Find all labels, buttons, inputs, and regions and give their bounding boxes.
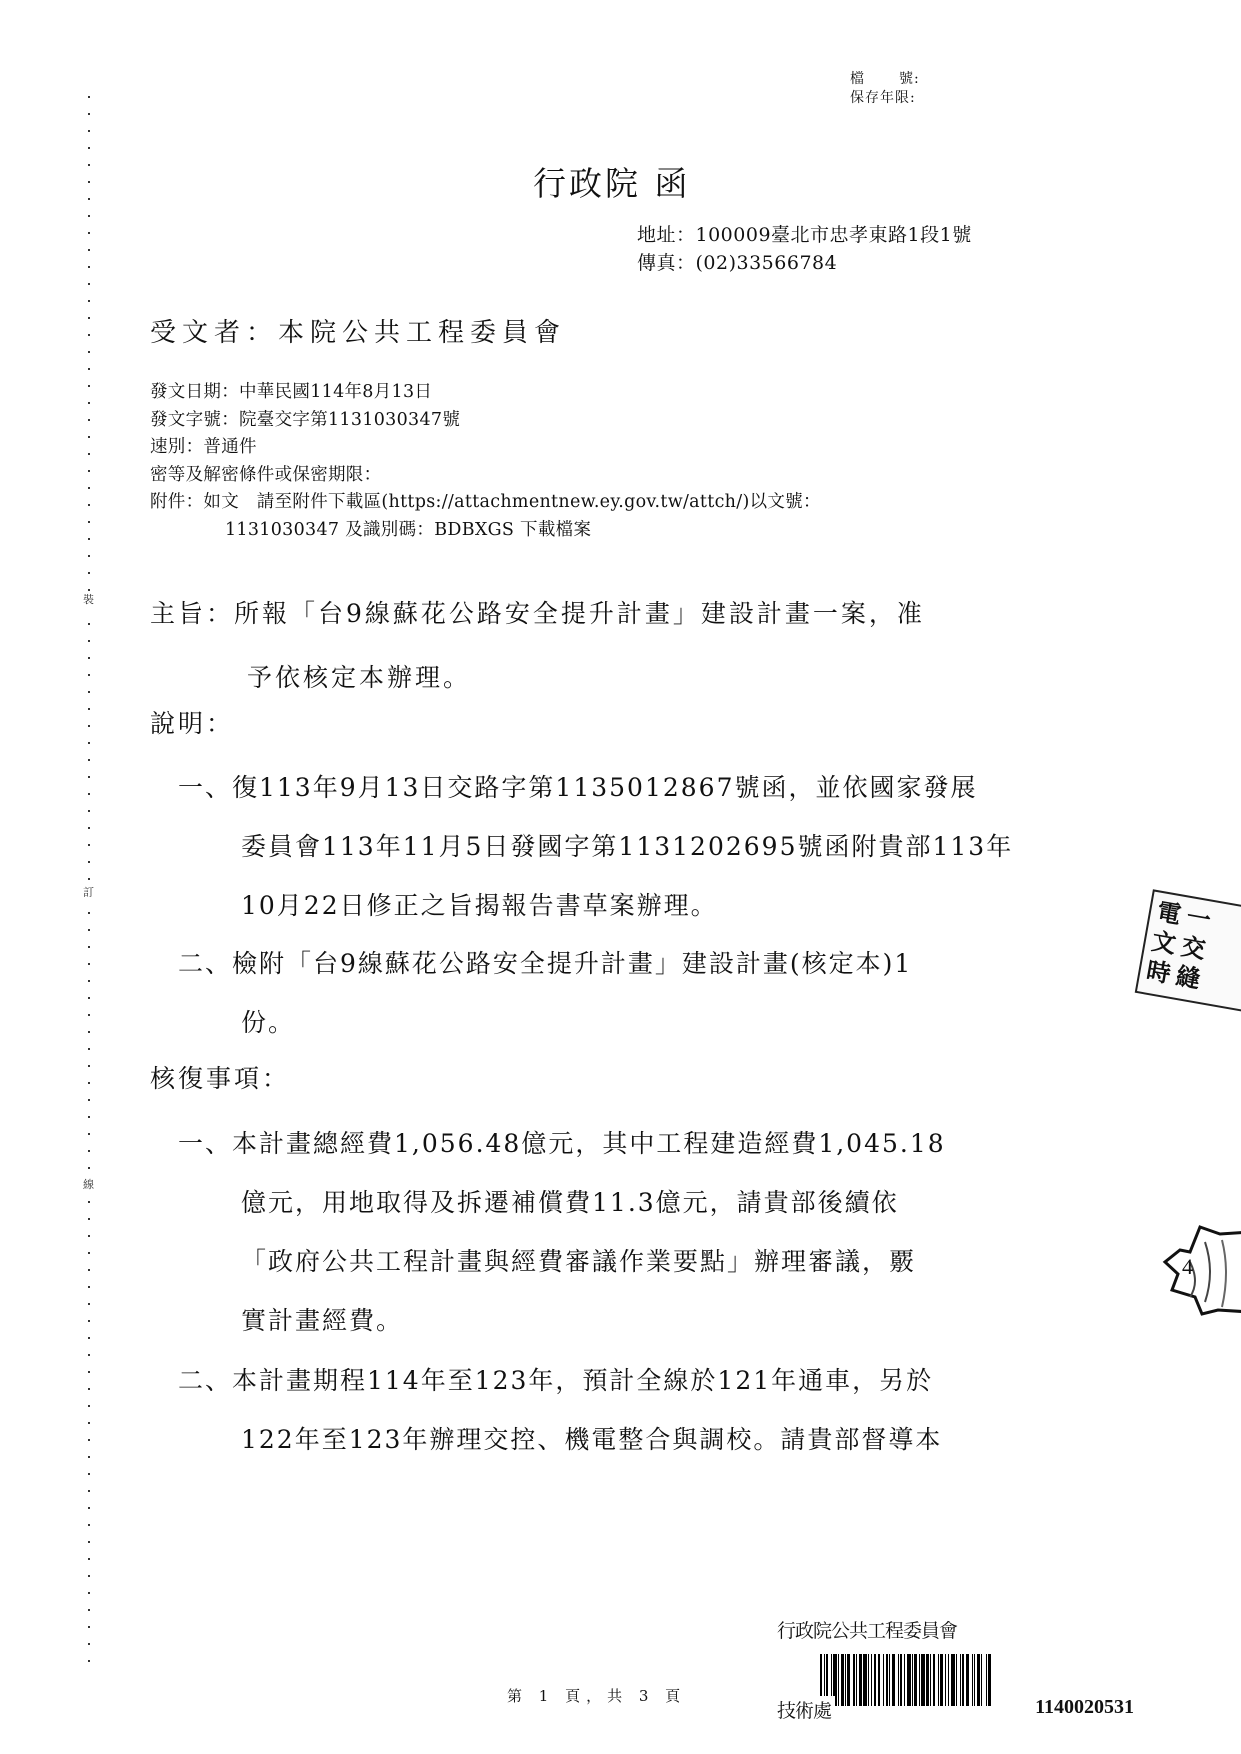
- binding-dot: [88, 436, 90, 438]
- security-level: 密等及解密條件或保密期限：: [150, 462, 821, 490]
- binding-dot: [88, 1099, 90, 1101]
- binding-dot: [88, 555, 90, 557]
- item-line: 「政府公共工程計畫與經費審議作業要點」辦理審議，覈: [178, 1232, 946, 1291]
- binding-dot: [88, 334, 90, 336]
- binding-dot: [88, 1422, 90, 1424]
- binding-dot: [88, 946, 90, 948]
- binding-dot: [88, 1065, 90, 1067]
- item-line: 億元，用地取得及拆遷補償費11.3億元，請貴部後續依: [178, 1173, 946, 1232]
- attachment-code-line: 1131030347 及識別碼：BDBXGS 下載檔案: [150, 517, 821, 545]
- binding-dot: [88, 351, 90, 353]
- approval-item-2: 二、本計畫期程114年至123年，預計全線於121年通車，另於 122年至123…: [178, 1351, 942, 1469]
- binding-dot: [88, 1218, 90, 1220]
- binding-dot: [88, 538, 90, 540]
- binding-dot: [88, 1269, 90, 1271]
- binding-dot: [88, 164, 90, 166]
- subject: 主旨：所報「台9線蘇花公路安全提升計畫」建設計畫一案，准 予依核定本辦理。: [150, 594, 925, 694]
- binding-dot: [88, 96, 90, 98]
- approval-heading: 核復事項：: [150, 1059, 290, 1095]
- binding-dot: [88, 691, 90, 693]
- binding-dot: [88, 1082, 90, 1084]
- speed-category: 速別：普通件: [150, 434, 821, 462]
- item-line: 二、本計畫期程114年至123年，預計全線於121年通車，另於: [178, 1366, 933, 1395]
- binding-dot: [88, 419, 90, 421]
- sender-contact: 地址：100009臺北市忠孝東路1段1號 傳真：(02)33566784: [637, 221, 972, 277]
- binding-dot: [88, 1575, 90, 1577]
- binding-dot: [88, 674, 90, 676]
- binding-dot: [88, 181, 90, 183]
- explanation-item-1: 一、復113年9月13日交路字第1135012867號函，並依國家發展 委員會1…: [178, 758, 1013, 935]
- binding-dot: [88, 963, 90, 965]
- binding-dot: [88, 640, 90, 642]
- binding-dot: [88, 147, 90, 149]
- binding-dot: [88, 776, 90, 778]
- binding-line: 裝訂線: [86, 96, 94, 1671]
- document-title: 行政院 函: [533, 158, 691, 205]
- binding-dot: [88, 1286, 90, 1288]
- binding-dot: [88, 317, 90, 319]
- barcode-organization: 行政院公共工程委員會: [777, 1616, 957, 1643]
- binding-dot: [88, 1541, 90, 1543]
- binding-dot: [88, 1371, 90, 1373]
- issue-date: 發文日期：中華民國114年8月13日: [150, 379, 821, 407]
- binding-dot: [88, 470, 90, 472]
- binding-dot: [88, 1252, 90, 1254]
- retention-period-label: 保存年限:: [850, 89, 920, 108]
- subject-line-2: 予依核定本辦理。: [150, 658, 925, 694]
- binding-dot: [88, 589, 90, 591]
- binding-dot: [88, 759, 90, 761]
- binding-dot: [88, 232, 90, 234]
- binding-dot: [88, 742, 90, 744]
- binding-dot: [88, 572, 90, 574]
- binding-dot: [88, 997, 90, 999]
- binding-dot: [88, 793, 90, 795]
- binding-mark: 訂: [83, 887, 94, 899]
- explanation-item-2: 二、檢附「台9線蘇花公路安全提升計畫」建設計畫(核定本)1 份。: [178, 934, 912, 1052]
- binding-dot: [88, 1031, 90, 1033]
- binding-dot: [88, 725, 90, 727]
- approval-item-1: 一、本計畫總經費1,056.48億元，其中工程建造經費1,045.18 億元，用…: [178, 1114, 946, 1350]
- binding-dot: [88, 1014, 90, 1016]
- item-line: 實計畫經費。: [178, 1291, 946, 1350]
- barcode-label: 行政院公共工程委員會 技術處 1140020531: [777, 1616, 1112, 1714]
- binding-dot: [88, 368, 90, 370]
- binding-mark: 裝: [83, 594, 94, 606]
- binding-dot: [88, 198, 90, 200]
- binding-dot: [88, 1303, 90, 1305]
- file-number-label: 檔號:: [850, 70, 920, 89]
- seal-stamp-icon: [1160, 1222, 1241, 1317]
- binding-dot: [88, 623, 90, 625]
- document-number: 發文字號：院臺交字第1131030347號: [150, 407, 821, 435]
- binding-dot: [88, 657, 90, 659]
- binding-dot: [88, 487, 90, 489]
- binding-dot: [88, 1507, 90, 1509]
- binding-dot: [88, 385, 90, 387]
- explanation-heading: 說明：: [150, 704, 234, 740]
- recipient: 受文者：本院公共工程委員會: [150, 312, 566, 349]
- item-line: 122年至123年辦理交控、機電整合與調校。請貴部督導本: [178, 1410, 942, 1469]
- subject-line-1: 主旨：所報「台9線蘇花公路安全提升計畫」建設計畫一案，准: [150, 599, 925, 628]
- fax: 傳真：(02)33566784: [637, 249, 972, 277]
- document-meta: 發文日期：中華民國114年8月13日 發文字號：院臺交字第1131030347號…: [150, 379, 821, 544]
- barcode-number: 1140020531: [1031, 1696, 1134, 1719]
- binding-dot: [88, 1150, 90, 1152]
- binding-dot: [88, 113, 90, 115]
- binding-dot: [88, 861, 90, 863]
- binding-dot: [88, 1439, 90, 1441]
- barcode-department: 技術處: [777, 1696, 835, 1723]
- binding-dot: [88, 300, 90, 302]
- address: 地址：100009臺北市忠孝東路1段1號: [637, 221, 972, 249]
- binding-dot: [88, 810, 90, 812]
- item-line: 一、復113年9月13日交路字第1135012867號函，並依國家發展: [178, 773, 978, 802]
- seal-number: 4: [1182, 1254, 1193, 1280]
- binding-mark: 線: [83, 1179, 94, 1191]
- binding-dot: [88, 827, 90, 829]
- binding-dot: [88, 1235, 90, 1237]
- binding-dot: [88, 453, 90, 455]
- binding-dot: [88, 1388, 90, 1390]
- binding-dot: [88, 1490, 90, 1492]
- item-line: 一、本計畫總經費1,056.48億元，其中工程建造經費1,045.18: [178, 1129, 946, 1158]
- attachment-line: 附件：如文 請至附件下載區(https://attachmentnew.ey.g…: [150, 489, 821, 517]
- binding-dot: [88, 980, 90, 982]
- binding-dot: [88, 249, 90, 251]
- binding-dot: [88, 1592, 90, 1594]
- binding-dot: [88, 1354, 90, 1356]
- binding-dot: [88, 1456, 90, 1458]
- binding-dot: [88, 504, 90, 506]
- binding-dot: [88, 1116, 90, 1118]
- binding-dot: [88, 1609, 90, 1611]
- binding-dot: [88, 521, 90, 523]
- binding-dot: [88, 1337, 90, 1339]
- item-line: 二、檢附「台9線蘇花公路安全提升計畫」建設計畫(核定本)1: [178, 949, 912, 978]
- binding-dot: [88, 1167, 90, 1169]
- binding-dot: [88, 402, 90, 404]
- binding-dot: [88, 1660, 90, 1662]
- binding-dot: [88, 1473, 90, 1475]
- binding-dot: [88, 283, 90, 285]
- item-line: 10月22日修正之旨揭報告書草案辦理。: [178, 876, 1013, 935]
- file-meta: 檔號: 保存年限:: [850, 70, 920, 108]
- binding-dot: [88, 912, 90, 914]
- page-number: 第 1 頁，共 3 頁: [507, 1685, 686, 1706]
- binding-dot: [88, 1643, 90, 1645]
- binding-dot: [88, 1626, 90, 1628]
- e-document-stamp-icon: 電 文 時 一 交 縫: [1135, 889, 1241, 1012]
- binding-dot: [88, 1048, 90, 1050]
- binding-dot: [88, 929, 90, 931]
- binding-dot: [88, 215, 90, 217]
- binding-dot: [88, 1133, 90, 1135]
- binding-dot: [88, 1201, 90, 1203]
- binding-dot: [88, 1320, 90, 1322]
- binding-dot: [88, 844, 90, 846]
- binding-dot: [88, 878, 90, 880]
- item-line: 委員會113年11月5日發國字第1131202695號函附貴部113年: [178, 817, 1013, 876]
- binding-dot: [88, 708, 90, 710]
- item-line: 份。: [178, 993, 912, 1052]
- binding-dot: [88, 130, 90, 132]
- binding-dot: [88, 1558, 90, 1560]
- binding-dot: [88, 1405, 90, 1407]
- binding-dot: [88, 266, 90, 268]
- binding-dot: [88, 1524, 90, 1526]
